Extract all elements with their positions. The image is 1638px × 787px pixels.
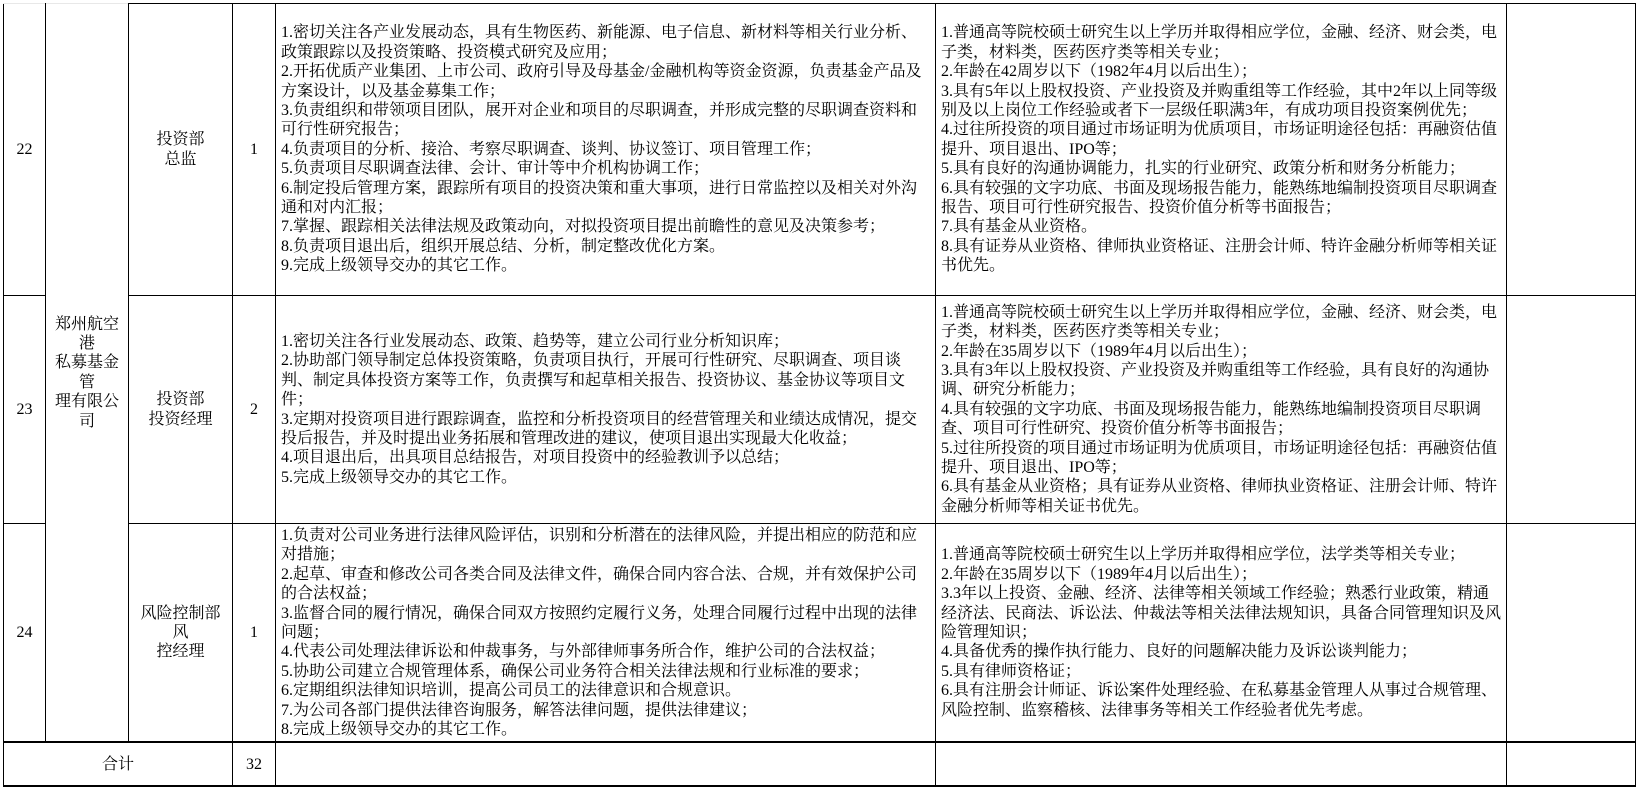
requirements-cell: 1.普通高等院校硕士研究生以上学历并取得相应学位，金融、经济、财会类，电子类，材… xyxy=(936,4,1507,296)
requirements-cell: 1.普通高等院校硕士研究生以上学历并取得相应学位，金融、经济、财会类，电子类，材… xyxy=(936,296,1507,524)
notes-cell xyxy=(1507,4,1636,296)
recruitment-table: 22 郑州航空港 私募基金管 理有限公司 投资部 总监 1 1.密切关注各产业发… xyxy=(3,3,1636,776)
table-row-24: 24 风险控制部风 控经理 1 1.负责对公司业务进行法律风险评估，识别和分析潜… xyxy=(4,524,1636,743)
total-requirements-empty-cell xyxy=(936,742,1507,776)
company-cell: 郑州航空港 私募基金管 理有限公司 xyxy=(46,4,129,743)
duties-cell: 1.负责对公司业务进行法律风险评估，识别和分析潜在的法律风险，并提出相应的防范和… xyxy=(276,524,936,743)
count-cell: 1 xyxy=(233,4,276,296)
position-cell: 风险控制部风 控经理 xyxy=(129,524,233,743)
total-row: 合计 32 xyxy=(4,742,1636,776)
row-number-cell: 23 xyxy=(4,296,46,524)
count-cell: 1 xyxy=(233,524,276,743)
total-notes-empty-cell xyxy=(1507,742,1636,776)
duties-cell: 1.密切关注各产业发展动态，具有生物医药、新能源、电子信息、新材料等相关行业分析… xyxy=(276,4,936,296)
position-cell: 投资部 投资经理 xyxy=(129,296,233,524)
position-cell: 投资部 总监 xyxy=(129,4,233,296)
count-cell: 2 xyxy=(233,296,276,524)
notes-cell xyxy=(1507,524,1636,743)
row-number-cell: 22 xyxy=(4,4,46,296)
row-number-cell: 24 xyxy=(4,524,46,743)
duties-cell: 1.密切关注各行业发展动态、政策、趋势等，建立公司行业分析知识库； 2.协助部门… xyxy=(276,296,936,524)
recruitment-table-sheet: 22 郑州航空港 私募基金管 理有限公司 投资部 总监 1 1.密切关注各产业发… xyxy=(3,3,1636,776)
total-count-cell: 32 xyxy=(233,742,276,776)
total-duties-empty-cell xyxy=(276,742,936,776)
total-label-cell: 合计 xyxy=(4,742,233,776)
table-row-23: 23 投资部 投资经理 2 1.密切关注各行业发展动态、政策、趋势等，建立公司行… xyxy=(4,296,1636,524)
notes-cell xyxy=(1507,296,1636,524)
table-row-22: 22 郑州航空港 私募基金管 理有限公司 投资部 总监 1 1.密切关注各产业发… xyxy=(4,4,1636,296)
requirements-cell: 1.普通高等院校硕士研究生以上学历并取得相应学位，法学类等相关专业； 2.年龄在… xyxy=(936,524,1507,743)
